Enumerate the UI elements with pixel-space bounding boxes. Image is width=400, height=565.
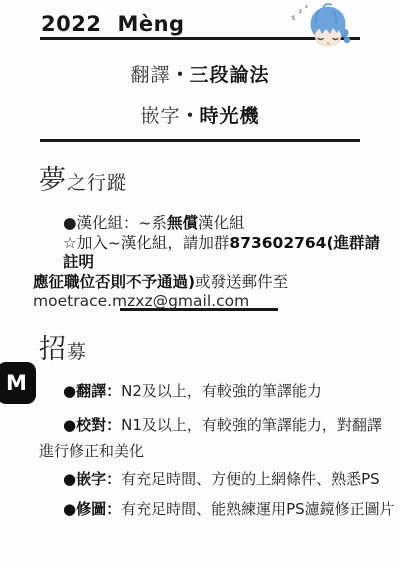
chibi-svg: z z z (289, 0, 357, 50)
contact-info-block: ●漢化組：~系無償漢化組 ☆加入~漢化組，請加群873602764(進群請註明 … (33, 214, 391, 312)
credit-name: 時光機 (200, 105, 260, 127)
join-note-line: 應征職位否則不予通過)或發送郵件至 (33, 273, 391, 293)
heading-char-small: 之行蹤 (67, 172, 127, 194)
bullet-icon: ● (63, 416, 76, 434)
svg-text:z: z (305, 4, 308, 10)
short-divider (120, 308, 278, 311)
svg-text:z: z (290, 13, 296, 22)
credit-name: 三段論法 (190, 64, 270, 86)
credit-role-label: 嵌字 (140, 105, 180, 127)
heading-char-large: 夢 (39, 165, 67, 196)
recruit-item-proofreader-wrap: 進行修正和美化 (39, 440, 144, 461)
heading-char-large: 招 (39, 334, 67, 365)
bullet-icon: ● (63, 382, 76, 400)
year-label: 2022 (41, 12, 101, 36)
page-header: 2022Mèng (41, 12, 185, 36)
credits-page: 2022Mèng z z z (0, 0, 400, 565)
bullet-icon: ● (63, 500, 76, 518)
join-group-line: ☆加入~漢化組，請加群873602764(進群請註明 (33, 234, 391, 273)
m-watermark-badge: M (0, 362, 36, 404)
group-name-line: ●漢化組：~系無償漢化組 (33, 214, 391, 234)
separator-dot: ・ (170, 64, 189, 86)
recruit-item-typesetter: ●嵌字：有充足時間、方便的上網條件、熟悉PS (63, 468, 380, 489)
recruit-section-heading: 招募 (39, 327, 87, 366)
zzz-icon: z z z (290, 4, 308, 22)
m-badge-letter: M (6, 371, 27, 395)
heading-char-small: 募 (67, 341, 87, 363)
recruit-item-translator: ●翻譯：N2及以上，有較強的筆譯能力 (63, 380, 322, 401)
sleeping-chibi-icon: z z z (289, 0, 357, 50)
group-name-label: Mèng (117, 12, 184, 36)
separator-dot: ・ (180, 105, 199, 127)
svg-text:z: z (298, 7, 303, 15)
credit-translator: 翻譯・三段論法 (0, 60, 400, 87)
recruit-item-redrawer: ●修圖：有充足時間、能熟練運用PS濾鏡修正圖片 (63, 498, 395, 519)
credit-role-label: 翻譯 (130, 64, 170, 86)
bullet-icon: ● (63, 214, 77, 232)
section-divider (40, 139, 360, 142)
recruit-item-proofreader: ●校對：N1及以上，有較強的筆譯能力，對翻譯 (63, 414, 382, 435)
tracking-section-heading: 夢之行蹤 (39, 158, 127, 197)
bullet-icon: ● (63, 470, 76, 488)
credit-typesetter: 嵌字・時光機 (0, 101, 400, 128)
star-icon: ☆ (63, 234, 77, 252)
